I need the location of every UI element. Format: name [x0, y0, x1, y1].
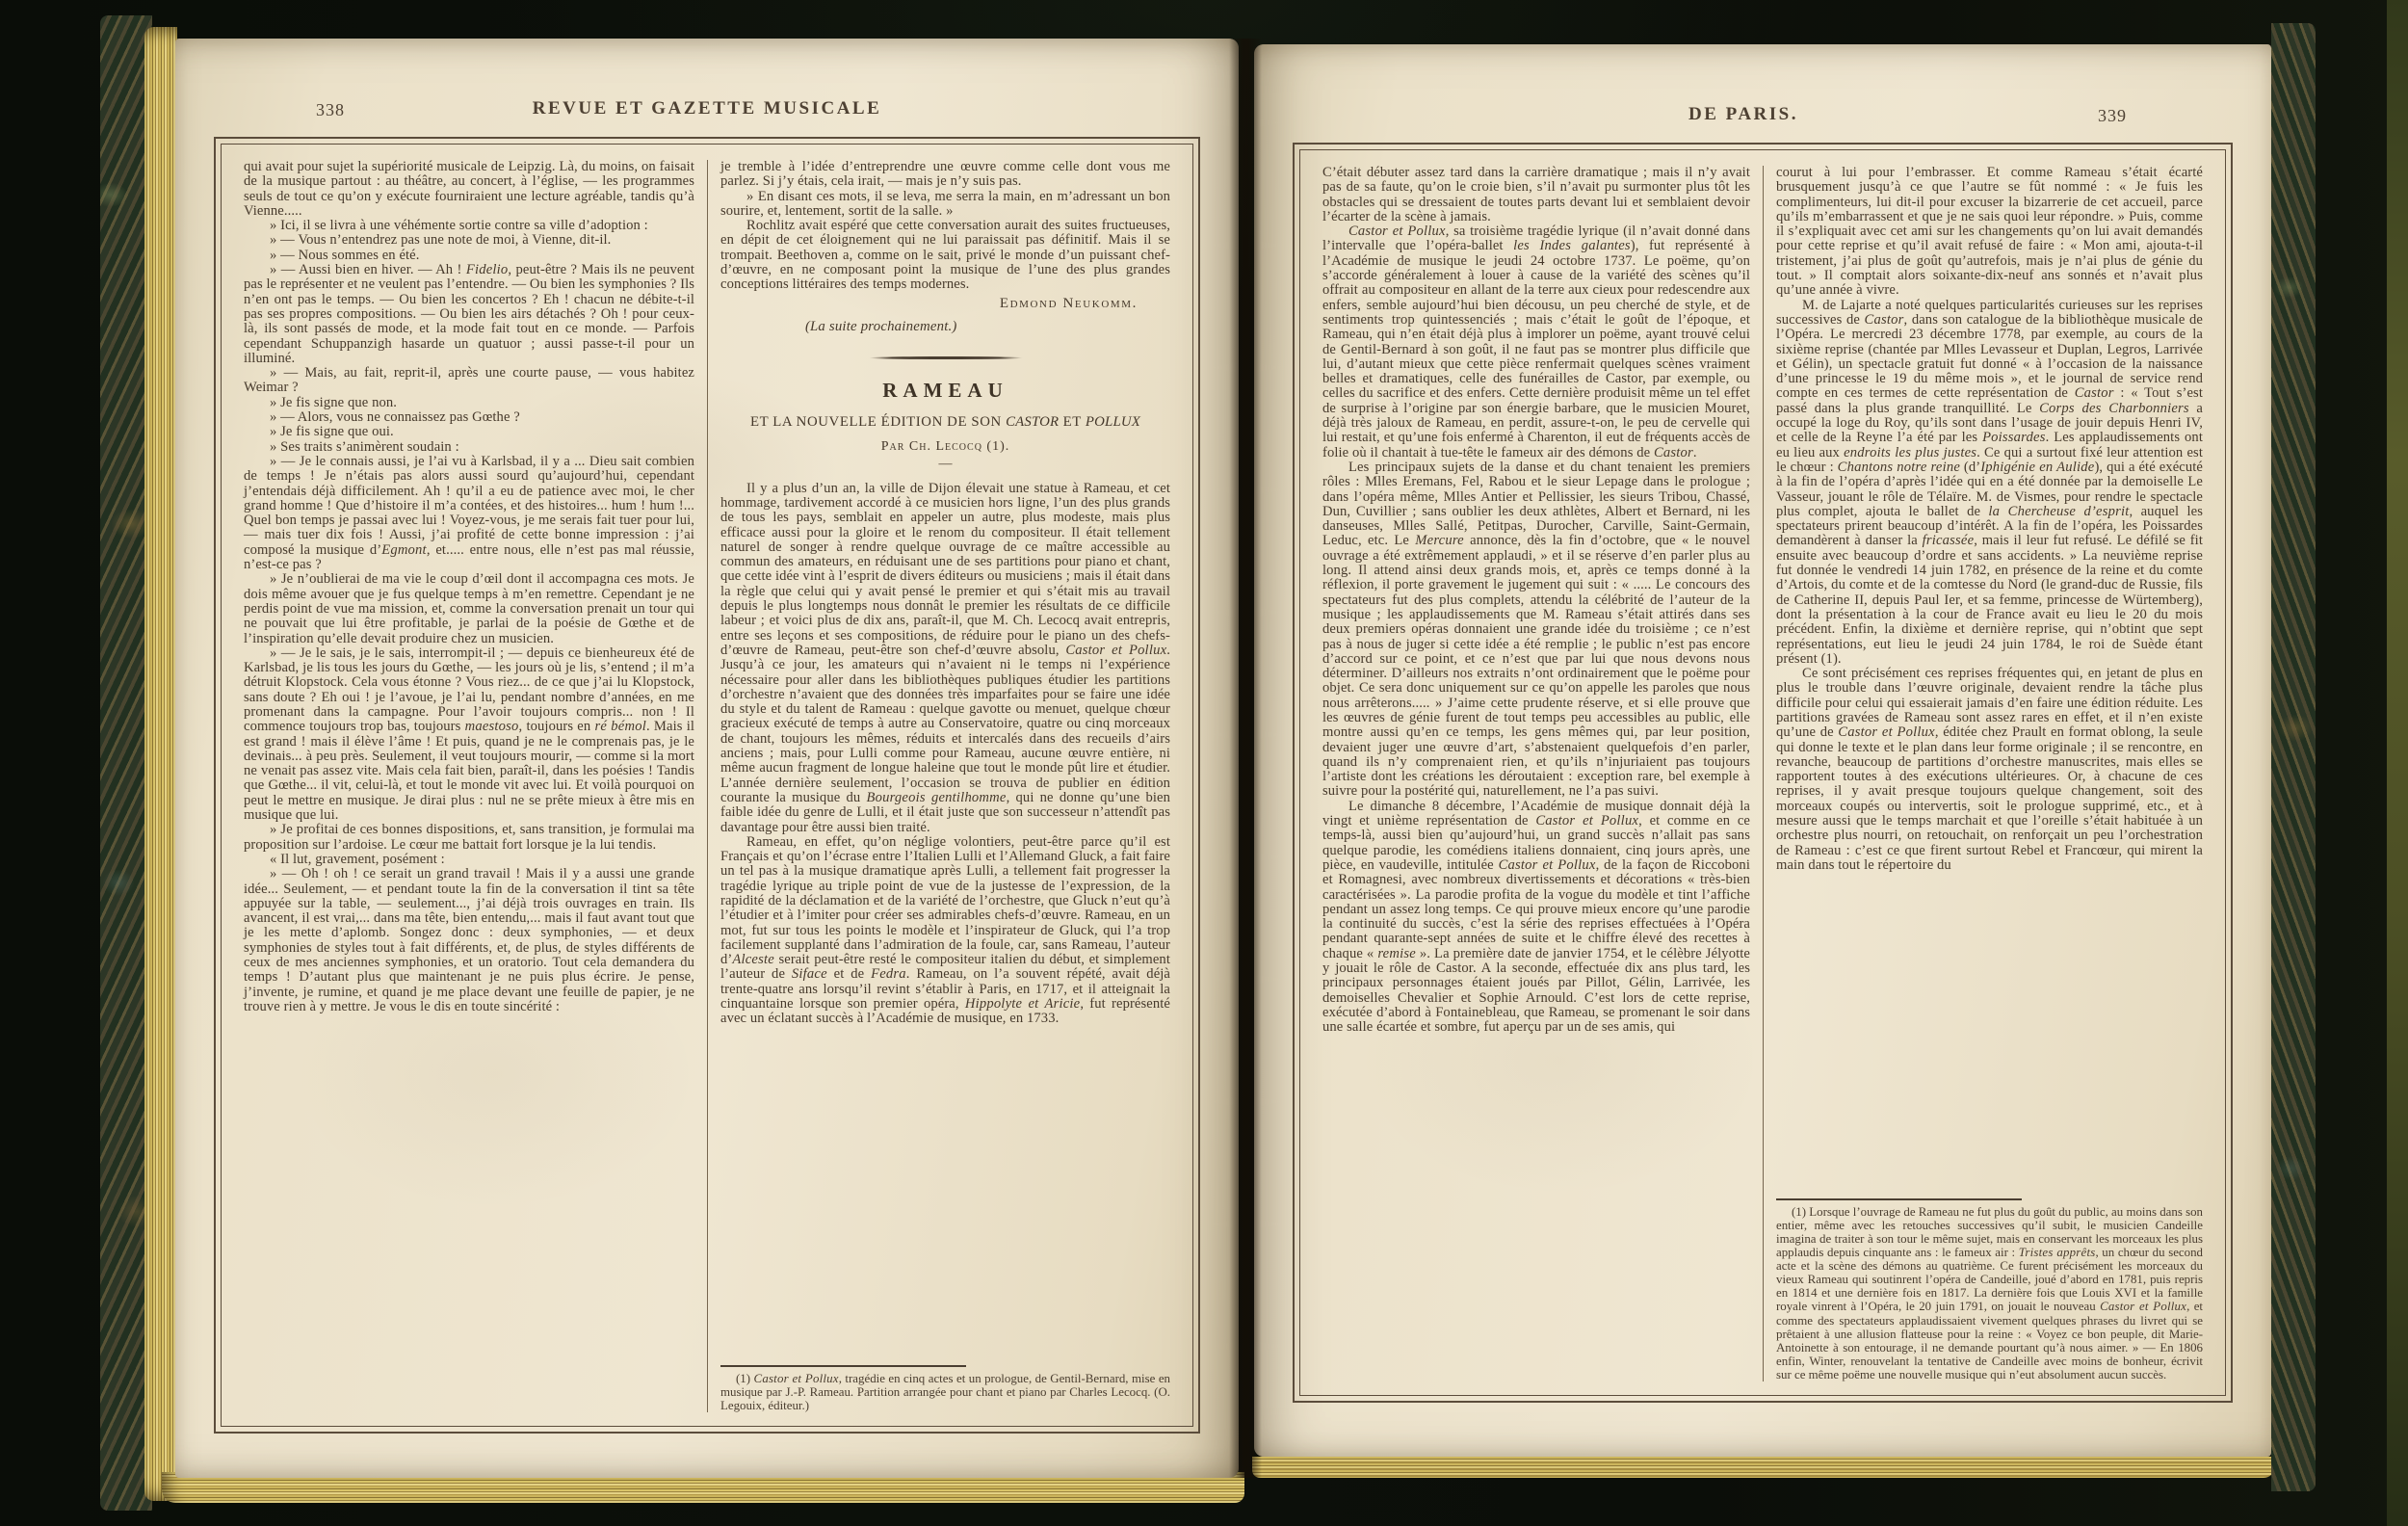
- paragraph: » — Alors, vous ne connaissez pas Gœthe …: [244, 410, 694, 425]
- column-2: je tremble à l’idée d’entreprendre une œ…: [707, 160, 1183, 1412]
- paragraph: qui avait pour sujet la supériorité musi…: [244, 160, 694, 219]
- paragraph: » — Mais, au fait, reprit-il, après une …: [244, 366, 694, 396]
- byline-dash: —: [720, 459, 1170, 470]
- paragraph: » — Je le sais, je le sais, interrompit-…: [244, 646, 694, 824]
- paragraph: » Je n’oublierai de ma vie le coup d’œil…: [244, 572, 694, 645]
- column-4: courut à lui pour l’embrasser. Et comme …: [1763, 166, 2215, 1381]
- footnote: (1) Castor et Pollux, tragédie en cinq a…: [720, 1372, 1170, 1412]
- paragraph: Ce sont précisément ces reprises fréquen…: [1776, 667, 2203, 873]
- text-frame-inner-left: qui avait pour sujet la supériorité musi…: [221, 144, 1193, 1427]
- continuation-note: (La suite prochainement.): [720, 319, 1170, 335]
- paragraph: Il y a plus d’un an, la ville de Dijon é…: [720, 482, 1170, 835]
- page-left: 338 REVUE ET GAZETTE MUSICALE qui avait …: [175, 39, 1239, 1478]
- paragraph: » Je fis signe que non.: [244, 396, 694, 410]
- text-frame-inner-right: C’était débuter assez tard dans la carri…: [1299, 149, 2226, 1396]
- book-gutter: [1229, 39, 1262, 1478]
- author-signature: Edmond Neukomm.: [720, 296, 1170, 312]
- paragraph: » — Vous n’entendrez pas une note de moi…: [244, 233, 694, 248]
- article-byline: Par Ch. Lecocq (1).: [720, 439, 1170, 455]
- column-3: C’était débuter assez tard dans la carri…: [1310, 166, 1763, 1381]
- text-frame-right: C’était débuter assez tard dans la carri…: [1293, 143, 2233, 1403]
- footnote-rule: [1776, 1198, 2022, 1205]
- paragraph: » — Je le connais aussi, je l’ai vu à Ka…: [244, 455, 694, 572]
- paragraph: » — Nous sommes en été.: [244, 249, 694, 263]
- paragraph: Le dimanche 8 décembre, l’Académie de mu…: [1322, 800, 1750, 1036]
- paragraph: C’était débuter assez tard dans la carri…: [1322, 166, 1750, 224]
- section-rule: [869, 356, 1023, 359]
- paragraph: » Ici, il se livra à une véhémente sorti…: [244, 219, 694, 233]
- page-right: DE PARIS. 339 C’était débuter assez tard…: [1254, 44, 2271, 1457]
- paragraph: » — Oh ! oh ! ce serait un grand travail…: [244, 867, 694, 1014]
- paragraph: » Je fis signe que oui.: [244, 425, 694, 439]
- paragraph: Les principaux sujets de la danse et du …: [1322, 460, 1750, 800]
- page-edges-bottom-right: [1252, 1457, 2275, 1478]
- article-title: RAMEAU: [720, 379, 1170, 403]
- paragraph: courut à lui pour l’embrasser. Et comme …: [1776, 166, 2203, 299]
- page-edges-left: [144, 27, 177, 1501]
- paragraph: » Ses traits s’animèrent soudain :: [244, 440, 694, 455]
- footnote-rule: [720, 1365, 966, 1372]
- footnote: (1) Lorsque l’ouvrage de Rameau ne fut p…: [1776, 1205, 2203, 1381]
- scanned-book-spread: { "page_left": { "page_number": "338", "…: [0, 0, 2408, 1526]
- paragraph: je tremble à l’idée d’entreprendre une œ…: [720, 160, 1170, 190]
- paragraph: M. de Lajarte a noté quelques particular…: [1776, 299, 2203, 667]
- page-number-right: 339: [2098, 106, 2127, 126]
- paragraph: Castor et Pollux, sa troisième tragédie …: [1322, 224, 1750, 460]
- paragraph: Rameau, en effet, qu’on néglige volontie…: [720, 835, 1170, 1027]
- paragraph: » — Aussi bien en hiver. — Ah ! Fidelio,…: [244, 263, 694, 366]
- paragraph: Rochlitz avait espéré que cette conversa…: [720, 219, 1170, 292]
- article-subtitle: ET LA NOUVELLE ÉDITION DE SON CASTOR ET …: [720, 414, 1170, 431]
- running-title-left: REVUE ET GAZETTE MUSICALE: [175, 98, 1239, 119]
- paragraph: « Il lut, gravement, posément :: [244, 853, 694, 867]
- book-cover-right: [2271, 23, 2316, 1491]
- text-frame-left: qui avait pour sujet la supériorité musi…: [214, 137, 1200, 1434]
- paragraph: » En disant ces mots, il se leva, me ser…: [720, 190, 1170, 220]
- book-cover-edge-right: [2387, 0, 2408, 1526]
- column-1: qui avait pour sujet la supériorité musi…: [231, 160, 707, 1412]
- paragraph: » Je profitai de ces bonnes dispositions…: [244, 823, 694, 853]
